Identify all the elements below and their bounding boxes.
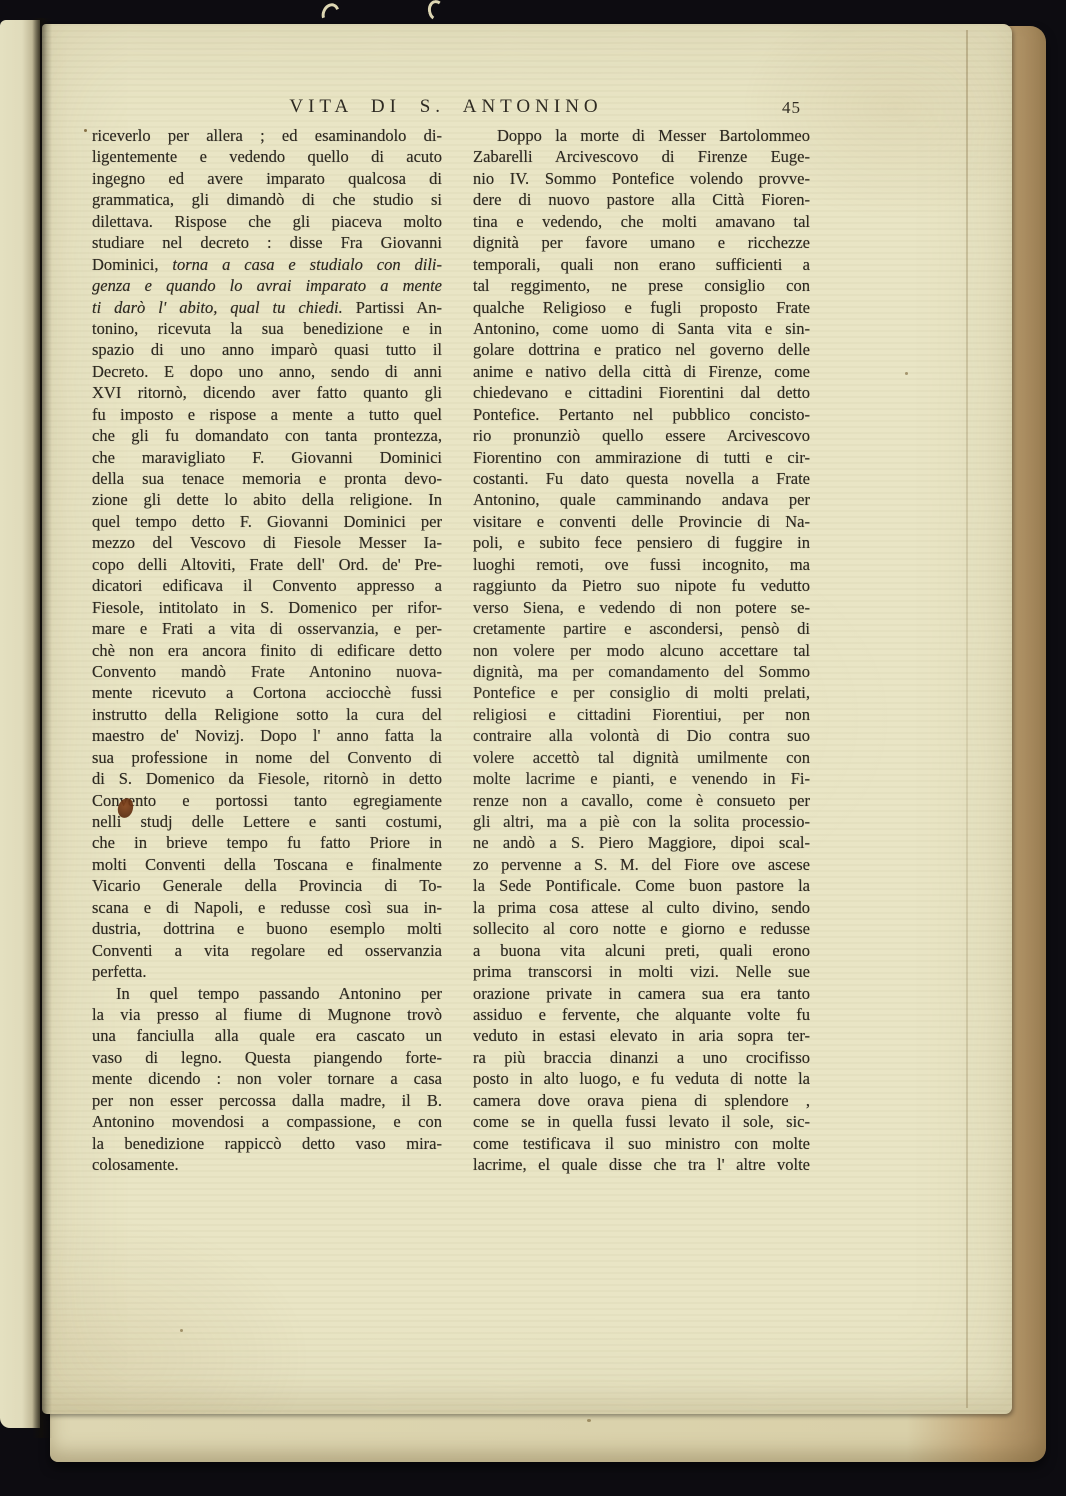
text-segment: che in brieve tempo fu fatto Priore in: [92, 833, 442, 852]
text-line: maestro de' Novizj. Dopo l' anno fatta l…: [92, 725, 442, 746]
text-line: chiedevano e cittadini Fiorentini dal de…: [473, 382, 810, 403]
text-line: la Sede Pontificale. Come buon pastore l…: [473, 875, 810, 896]
text-line: quel tempo detto F. Giovanni Dominici pe…: [92, 511, 442, 532]
text-line: tal reggimento, ne prese consiglio con: [473, 275, 810, 296]
text-segment: Convento e portossi tanto egregiamente: [92, 791, 442, 810]
text-segment: orazione private in camera sua era tanto: [473, 984, 810, 1003]
text-line: contraire alla volontà di Dio contra suo: [473, 725, 810, 746]
text-line: rio pronunziò quello essere Arcivescovo: [473, 425, 810, 446]
text-line: scana e di Napoli, e redusse così sua in…: [92, 897, 442, 918]
text-segment: zione gli dette lo abito della religione…: [92, 490, 442, 509]
text-segment: tonino, ricevuta la sua benedizione e in: [92, 319, 442, 338]
text-segment: Doppo la morte di Messer Bartolommeo: [497, 126, 810, 145]
paper-curl-decoration: [426, 0, 447, 23]
text-segment: XVI ritornò, dicendo aver fatto quanto g…: [92, 383, 442, 402]
text-segment: Dominici,: [92, 255, 172, 274]
text-line: chè non era ancora finito di edificare d…: [92, 640, 442, 661]
text-line: assiduo e fervente, che alquante volte f…: [473, 1004, 810, 1025]
text-line: temporali, quali non erano sufficienti a: [473, 254, 810, 275]
text-segment: Convento mandò Frate Antonino nuova-: [92, 662, 442, 681]
text-segment: tal reggimento, ne prese consiglio con: [473, 276, 810, 295]
text-line: verso Siena, e vedendo di non potere se-: [473, 597, 810, 618]
text-segment: verso Siena, e vedendo di non potere se-: [473, 598, 810, 617]
text-line: zione gli dette lo abito della religione…: [92, 489, 442, 510]
text-line: lacrime, el quale disse che tra l' altre…: [473, 1154, 810, 1175]
text-line: Antonino, come uomo di Santa vita e sin-: [473, 318, 810, 339]
text-line: orazione private in camera sua era tanto: [473, 983, 810, 1004]
text-line: dignità per favore umano e ricchezze: [473, 232, 810, 253]
paper-curl-decoration: [318, 0, 342, 26]
text-segment: Pontefice. Pertanto nel pubblico concist…: [473, 405, 810, 424]
text-segment: copo delli Altoviti, Frate dell' Ord. de…: [92, 555, 442, 574]
text-line: ingegno ed avere imparato qualcosa di: [92, 168, 442, 189]
text-line: Fiesole, intitolato in S. Domenico per r…: [92, 597, 442, 618]
text-line: la benedizione rappiccò detto vaso mira-: [92, 1133, 442, 1154]
text-line: che in brieve tempo fu fatto Priore in: [92, 832, 442, 853]
text-line: camera dove orava piena di splendore ,: [473, 1090, 810, 1111]
text-line: fu imposto e rispose a mente a tutto que…: [92, 404, 442, 425]
text-line: Convento e portossi tanto egregiamente: [92, 790, 442, 811]
text-segment: spazio di uno anno imparò quasi tutto il: [92, 340, 442, 359]
text-segment: ne andò a S. Piero Maggiore, dipoi scal-: [473, 833, 810, 852]
text-line: spazio di uno anno imparò quasi tutto il: [92, 339, 442, 360]
text-segment: che maravigliato F. Giovanni Dominici: [92, 448, 442, 467]
text-line: mente dicendo : non voler tornare a casa: [92, 1068, 442, 1089]
text-line: costanti. Fu dato questa novella a Frate: [473, 468, 810, 489]
text-line: grammatica, gli dimandò di che studio si: [92, 189, 442, 210]
text-line: instrutto della Religione sotto la cura …: [92, 704, 442, 725]
text-line: una fanciulla alla quale era cascato un: [92, 1025, 442, 1046]
text-segment: non volere per modo alcuno accettare tal: [473, 641, 810, 660]
text-line: In quel tempo passando Antonino per: [92, 983, 442, 1004]
text-segment: dicatori edificava il Convento appresso …: [92, 576, 442, 595]
text-segment: golare dottrina e pratico nel governo de…: [473, 340, 810, 359]
text-segment: gli altri, ma a piè con la solita proces…: [473, 812, 810, 831]
page-number: 45: [782, 98, 801, 118]
text-segment: una fanciulla alla quale era cascato un: [92, 1026, 442, 1045]
text-line: per non esser percossa dalla madre, il B…: [92, 1090, 442, 1111]
running-header: VITA DI S. ANTONINO: [246, 96, 646, 122]
text-line: genza e quando lo avrai imparato a mente: [92, 275, 442, 296]
text-segment: nio IV. Sommo Pontefice volendo provve-: [473, 169, 810, 188]
text-segment: della sua tenace memoria e pronta devo-: [92, 469, 442, 488]
text-segment: scana e di Napoli, e redusse così sua in…: [92, 898, 442, 917]
text-line: Antonino movendosi a compassione, e con: [92, 1111, 442, 1132]
text-line: copo delli Altoviti, Frate dell' Ord. de…: [92, 554, 442, 575]
text-line: mente ricevuto a Cortona acciocchè fussi: [92, 682, 442, 703]
text-line: Decreto. E dopo uno anno, sendo di anni: [92, 361, 442, 382]
text-line: Pontefice e per consiglio di molti prela…: [473, 682, 810, 703]
text-line: molte lacrime e pianti, e venendo in Fi-: [473, 768, 810, 789]
text-line: Fiorentino con ammirazione di tutti e ci…: [473, 447, 810, 468]
text-line: di S. Domenico da Fiesole, ritornò in de…: [92, 768, 442, 789]
text-segment: sollecito al coro notte e giorno e redus…: [473, 919, 810, 938]
text-segment: dignità per favore umano e ricchezze: [473, 233, 810, 252]
text-segment: camera dove orava piena di splendore ,: [473, 1091, 810, 1110]
text-segment: temporali, quali non erano sufficienti a: [473, 255, 810, 274]
text-segment: riceverlo per allera ; ed esaminandolo d…: [92, 126, 442, 145]
text-line: renze non a cavallo, come è consueto per: [473, 790, 810, 811]
text-segment: quel tempo detto F. Giovanni Dominici pe…: [92, 512, 442, 531]
text-segment: assiduo e fervente, che alquante volte f…: [473, 1005, 810, 1024]
text-line: molti Conventi della Toscana e finalment…: [92, 854, 442, 875]
text-line: la via presso al fiume di Mugnone trovò: [92, 1004, 442, 1025]
text-line: non volere per modo alcuno accettare tal: [473, 640, 810, 661]
text-segment: Fiorentino con ammirazione di tutti e ci…: [473, 448, 810, 467]
text-segment: mente dicendo : non voler tornare a casa: [92, 1069, 442, 1088]
text-segment: mente ricevuto a Cortona acciocchè fussi: [92, 683, 442, 702]
text-line: Antonino, quale camminando andava per: [473, 489, 810, 510]
text-segment: colosamente.: [92, 1155, 179, 1174]
text-line: ti darò l' abito, qual tu chiedi. Partis…: [92, 297, 442, 318]
text-line: ligentemente e vedendo quello di acuto: [92, 146, 442, 167]
text-segment: visitare e conventi delle Provincie di N…: [473, 512, 810, 531]
text-line: a buona vita alcuni preti, quali erono: [473, 940, 810, 961]
text-line: che gli fu domandato con tanta prontezza…: [92, 425, 442, 446]
text-line: anime e nativo della città di Firenze, c…: [473, 361, 810, 382]
text-line: dere di nuovo pastore alla Città Fioren-: [473, 189, 810, 210]
text-line: Zabarelli Arcivescovo di Firenze Euge-: [473, 146, 810, 167]
text-segment: dere di nuovo pastore alla Città Fioren-: [473, 190, 810, 209]
text-segment: In quel tempo passando Antonino per: [116, 984, 442, 1003]
text-line: la prima cosa attese al culto divino, se…: [473, 897, 810, 918]
text-segment: perfetta.: [92, 962, 147, 981]
text-segment: Pontefice e per consiglio di molti prela…: [473, 683, 810, 702]
text-segment: contraire alla volontà di Dio contra suo: [473, 726, 810, 745]
text-line: Dominici, torna a casa e studialo con di…: [92, 254, 442, 275]
text-segment: come se in quella fussi levato il sole, …: [473, 1112, 810, 1131]
text-segment: prima transcorsi in molti vizi. Nelle su…: [473, 962, 810, 981]
text-line: Convento mandò Frate Antonino nuova-: [92, 661, 442, 682]
text-line: Conventi a vita regolare ed osservanzia: [92, 940, 442, 961]
text-line: tina e vedendo, che molti amavano tal: [473, 211, 810, 232]
text-segment: ligentemente e vedendo quello di acuto: [92, 147, 442, 166]
text-segment: veduto in estasi elevato in aria sopra t…: [473, 1026, 810, 1045]
text-segment: religiosi e cittadini Fiorentiui, per no…: [473, 705, 810, 724]
text-line: colosamente.: [92, 1154, 442, 1175]
text-segment: lacrime, el quale disse che tra l' altre…: [473, 1155, 810, 1174]
text-segment: per non esser percossa dalla madre, il B…: [92, 1091, 442, 1110]
text-segment: poli, e subito fece pensiero di fuggire …: [473, 533, 810, 552]
text-line: raggiunto da Pietro suo nipote fu vedutt…: [473, 575, 810, 596]
text-segment: Fiesole, intitolato in S. Domenico per r…: [92, 598, 442, 617]
text-line: dicatori edificava il Convento appresso …: [92, 575, 442, 596]
text-segment: molte lacrime e pianti, e venendo in Fi-: [473, 769, 810, 788]
gutter-shadow: [32, 18, 52, 1438]
text-segment: fu imposto e rispose a mente a tutto que…: [92, 405, 442, 424]
text-line: della sua tenace memoria e pronta devo-: [92, 468, 442, 489]
text-line: dustria, dottrina e buono esemplo molti: [92, 918, 442, 939]
text-segment: mare e Frati a vita di osservanzia, e pe…: [92, 619, 442, 638]
text-segment: rio pronunziò quello essere Arcivescovo: [473, 426, 810, 445]
text-segment: Antonino, quale camminando andava per: [473, 490, 810, 509]
text-segment: cretamente partire e ascondersi, pensò d…: [473, 619, 810, 638]
text-segment: la via presso al fiume di Mugnone trovò: [92, 1005, 442, 1024]
text-line: zo pervenne a S. M. del Fiore ove ascese: [473, 854, 810, 875]
text-segment: molti Conventi della Toscana e finalment…: [92, 855, 442, 874]
book-page: VITA DI S. ANTONINO 45 riceverlo per all…: [42, 24, 1012, 1414]
text-segment: volere accettò tal dignità umilmente con: [473, 748, 810, 767]
text-segment: chiedevano e cittadini Fiorentini dal de…: [473, 383, 810, 402]
text-segment: Antonino movendosi a compassione, e con: [92, 1112, 442, 1131]
text-segment: tina e vedendo, che molti amavano tal: [473, 212, 810, 231]
text-line: nelli studj delle Lettere e santi costum…: [92, 811, 442, 832]
text-segment: che gli fu domandato con tanta prontezza…: [92, 426, 442, 445]
text-line: XVI ritornò, dicendo aver fatto quanto g…: [92, 382, 442, 403]
text-segment: Decreto. E dopo uno anno, sendo di anni: [92, 362, 442, 381]
text-segment: Vicario Generale della Provincia di To-: [92, 876, 442, 895]
text-line: volere accettò tal dignità umilmente con: [473, 747, 810, 768]
text-line: gli altri, ma a piè con la solita proces…: [473, 811, 810, 832]
text-segment: studiare nel decreto : disse Fra Giovann…: [92, 233, 442, 252]
text-segment: Antonino, come uomo di Santa vita e sin-: [473, 319, 810, 338]
text-segment: maestro de' Novizj. Dopo l' anno fatta l…: [92, 726, 442, 745]
text-segment: anime e nativo della città di Firenze, c…: [473, 362, 810, 381]
text-segment: raggiunto da Pietro suo nipote fu vedutt…: [473, 576, 810, 595]
text-segment: Partissi An-: [343, 298, 442, 317]
text-line: golare dottrina e pratico nel governo de…: [473, 339, 810, 360]
text-segment: chè non era ancora finito di edificare d…: [92, 641, 442, 660]
text-line: poli, e subito fece pensiero di fuggire …: [473, 532, 810, 553]
text-line: qualche Religioso e fugli proposto Frate: [473, 297, 810, 318]
text-line: Doppo la morte di Messer Bartolommeo: [473, 125, 810, 146]
scanned-book-spread: VITA DI S. ANTONINO 45 riceverlo per all…: [0, 0, 1066, 1496]
text-segment: mezzo del Vescovo di Fiesole Messer Ia-: [92, 533, 442, 552]
text-line: studiare nel decreto : disse Fra Giovann…: [92, 232, 442, 253]
text-line: come testificava il suo ministro con mol…: [473, 1133, 810, 1154]
text-segment: dilettava. Rispose che gli piaceva molto: [92, 212, 442, 231]
text-line: che maravigliato F. Giovanni Dominici: [92, 447, 442, 468]
text-line: posto in alto luogo, e fu veduta di nott…: [473, 1068, 810, 1089]
text-column-right: Doppo la morte di Messer BartolommeoZaba…: [473, 125, 810, 1175]
text-segment: nelli studj delle Lettere e santi costum…: [92, 812, 442, 831]
text-segment: sua professione in nome del Convento di: [92, 748, 442, 767]
text-line: prima transcorsi in molti vizi. Nelle su…: [473, 961, 810, 982]
paper-speck: [84, 129, 87, 132]
text-segment: posto in alto luogo, e fu veduta di nott…: [473, 1069, 810, 1088]
text-segment: costanti. Fu dato questa novella a Frate: [473, 469, 810, 488]
italic-text-segment: torna a casa e studialo con dili-: [172, 255, 442, 274]
italic-text-segment: ti darò l' abito, qual tu chiedi.: [92, 298, 343, 317]
text-column-left: riceverlo per allera ; ed esaminandolo d…: [92, 125, 442, 1175]
text-line: tonino, ricevuta la sua benedizione e in: [92, 318, 442, 339]
text-segment: a buona vita alcuni preti, quali erono: [473, 941, 810, 960]
text-line: visitare e conventi delle Provincie di N…: [473, 511, 810, 532]
text-segment: renze non a cavallo, come è consueto per: [473, 791, 810, 810]
text-segment: come testificava il suo ministro con mol…: [473, 1134, 810, 1153]
text-line: Vicario Generale della Provincia di To-: [92, 875, 442, 896]
text-line: vaso di legno. Questa piangendo forte-: [92, 1047, 442, 1068]
paper-speck: [587, 1419, 591, 1422]
text-segment: grammatica, gli dimandò di che studio si: [92, 190, 442, 209]
text-line: cretamente partire e ascondersi, pensò d…: [473, 618, 810, 639]
text-segment: di S. Domenico da Fiesole, ritornò in de…: [92, 769, 442, 788]
text-segment: la prima cosa attese al culto divino, se…: [473, 898, 810, 917]
text-line: religiosi e cittadini Fiorentiui, per no…: [473, 704, 810, 725]
text-segment: dignità, ma per comandamento del Sommo: [473, 662, 810, 681]
text-segment: ra più braccia dinanzi a uno crocifisso: [473, 1048, 810, 1067]
text-line: luoghi remoti, ove fussi incognito, ma: [473, 554, 810, 575]
text-line: ne andò a S. Piero Maggiore, dipoi scal-: [473, 832, 810, 853]
text-segment: la benedizione rappiccò detto vaso mira-: [92, 1134, 442, 1153]
text-line: riceverlo per allera ; ed esaminandolo d…: [92, 125, 442, 146]
text-line: dignità, ma per comandamento del Sommo: [473, 661, 810, 682]
text-segment: la Sede Pontificale. Come buon pastore l…: [473, 876, 810, 895]
text-segment: Zabarelli Arcivescovo di Firenze Euge-: [473, 147, 810, 166]
paper-speck: [905, 372, 908, 375]
text-line: ra più braccia dinanzi a uno crocifisso: [473, 1047, 810, 1068]
text-segment: ingegno ed avere imparato qualcosa di: [92, 169, 442, 188]
text-line: Pontefice. Pertanto nel pubblico concist…: [473, 404, 810, 425]
paper-speck: [180, 1329, 183, 1332]
text-line: mare e Frati a vita di osservanzia, e pe…: [92, 618, 442, 639]
text-segment: vaso di legno. Questa piangendo forte-: [92, 1048, 442, 1067]
text-line: dilettava. Rispose che gli piaceva molto: [92, 211, 442, 232]
text-line: sua professione in nome del Convento di: [92, 747, 442, 768]
text-line: sollecito al coro notte e giorno e redus…: [473, 918, 810, 939]
page-crease: [966, 30, 968, 1408]
text-segment: luoghi remoti, ove fussi incognito, ma: [473, 555, 810, 574]
text-line: come se in quella fussi levato il sole, …: [473, 1111, 810, 1132]
text-line: perfetta.: [92, 961, 442, 982]
text-segment: instrutto della Religione sotto la cura …: [92, 705, 442, 724]
text-line: veduto in estasi elevato in aria sopra t…: [473, 1025, 810, 1046]
text-line: nio IV. Sommo Pontefice volendo provve-: [473, 168, 810, 189]
text-line: mezzo del Vescovo di Fiesole Messer Ia-: [92, 532, 442, 553]
text-segment: dustria, dottrina e buono esemplo molti: [92, 919, 442, 938]
text-segment: qualche Religioso e fugli proposto Frate: [473, 298, 810, 317]
text-segment: Conventi a vita regolare ed osservanzia: [92, 941, 442, 960]
italic-text-segment: genza e quando lo avrai imparato a mente: [92, 276, 442, 295]
text-segment: zo pervenne a S. M. del Fiore ove ascese: [473, 855, 810, 874]
